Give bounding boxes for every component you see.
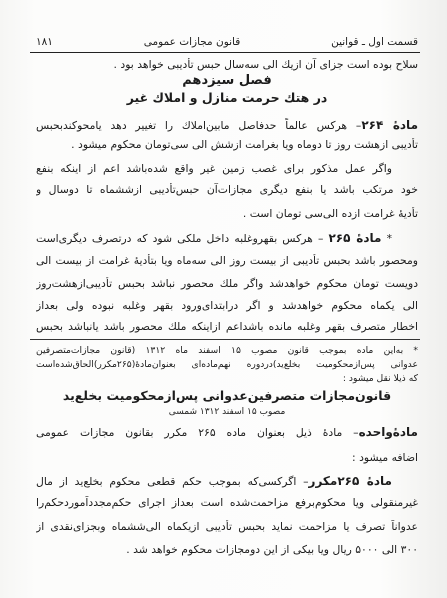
article-265-line-5: اخطار متصرف بقهر وغلبه مانده باشداعم ازا… (36, 320, 418, 334)
footnote-line-2: عدوانی پس‌ازمحکومیت بخلع‌ید)دردوره نهم‌م… (36, 359, 418, 371)
article-264-para2-line-1: واگر عمل مذکور برای غصب زمین غیر واقع شد… (36, 162, 418, 176)
single-article-line-1: مادهٔ‌واحده– مادهٔ ذیل بعنوان ماده ۲۶۵ م… (36, 425, 418, 439)
single-article-line-2: اضافه میشود : (36, 451, 418, 465)
article-265-bis-label: مادهٔ ۲۶۵مکرر (309, 474, 392, 488)
footnote-line-3: که ذیلا نقل میشود : (36, 373, 418, 385)
header-section-title: قسمت اول ـ قوانین (331, 36, 418, 48)
article-265-line-4: الی یکماه محکوم خواهدشد و اگر درابتدای‌و… (36, 299, 418, 313)
article-265-bis-line-3: عدواناً تصرف یا مزاحمت نماید بحبس تأدیبی… (36, 520, 418, 534)
footnote-divider (30, 339, 420, 340)
law-approval-date: مصوب ۱۵ اسفند ۱۳۱۲ شمسی (36, 407, 418, 417)
article-264-line-2: تأدیبی ازهشت روز تا دوماه ویا بغرامت ازش… (36, 138, 418, 152)
article-264-para2-line-2: خود مرتکب باشد یا بنفع دیگری مجازات‌آن ح… (36, 183, 418, 197)
law-title: قانون‌مجازات متصرفین‌عدوانی پس‌ازمحکومیت… (36, 388, 418, 403)
article-265-label: مادهٔ ۲۶۵ (328, 231, 381, 245)
footnote-line-1: * به‌این ماده بموجب قانون مصوب ۱۵ اسفند … (36, 345, 418, 357)
header-book-title: قانون مجازات عمومی (144, 36, 241, 48)
page-number: ۱۸۱ (36, 36, 53, 48)
article-264-para2-line-3: تأدیهٔ غرامت ازده الی‌سی تومان است . (36, 207, 418, 221)
article-265-line-2: ومحصور باشد بحبس تأدیبی از بیست روز الی … (36, 254, 418, 268)
header-divider (30, 52, 420, 53)
article-264-label: مادهٔ ۲۶۴ (361, 118, 418, 132)
article-265-bis-line-2: غیرمنقولی ویا محکوم‌برفع مزاحمت‌شده است … (36, 496, 418, 510)
chapter-subtitle: در هتك حرمت منازل و املاك غیر (36, 90, 418, 105)
footnote-marker: * (387, 232, 392, 245)
chapter-title: فصل سیزدهم (36, 73, 418, 88)
carry-over-line: سلاح بوده است جزای آن ازیك الی سه‌سال حب… (36, 58, 418, 72)
article-265-bis-line-4: ۳۰۰ الی ۵۰۰۰ ریال ویا بیکی از این دومجاز… (36, 543, 418, 557)
article-265-line-3: دویست تومان محکوم خواهدشد واگر ملك محصور… (36, 277, 418, 291)
article-265-bis-line-1: مادهٔ ۲۶۵مکرر– اگرکسی‌که بموجب حکم قطعی … (36, 474, 418, 488)
article-265-line-1: * مادهٔ ۲۶۵ – هرکس بقهروغلبه داخل ملکی ش… (36, 231, 418, 245)
scanned-page: قسمت اول ـ قوانین قانون مجازات عمومی ۱۸۱… (0, 0, 447, 598)
article-264-line-1: مادهٔ ۲۶۴– هرکس عالماً حدفاصل مابین‌املا… (36, 118, 418, 132)
single-article-label: مادهٔ‌واحده (359, 425, 418, 439)
running-header: قسمت اول ـ قوانین قانون مجازات عمومی ۱۸۱ (36, 28, 418, 48)
